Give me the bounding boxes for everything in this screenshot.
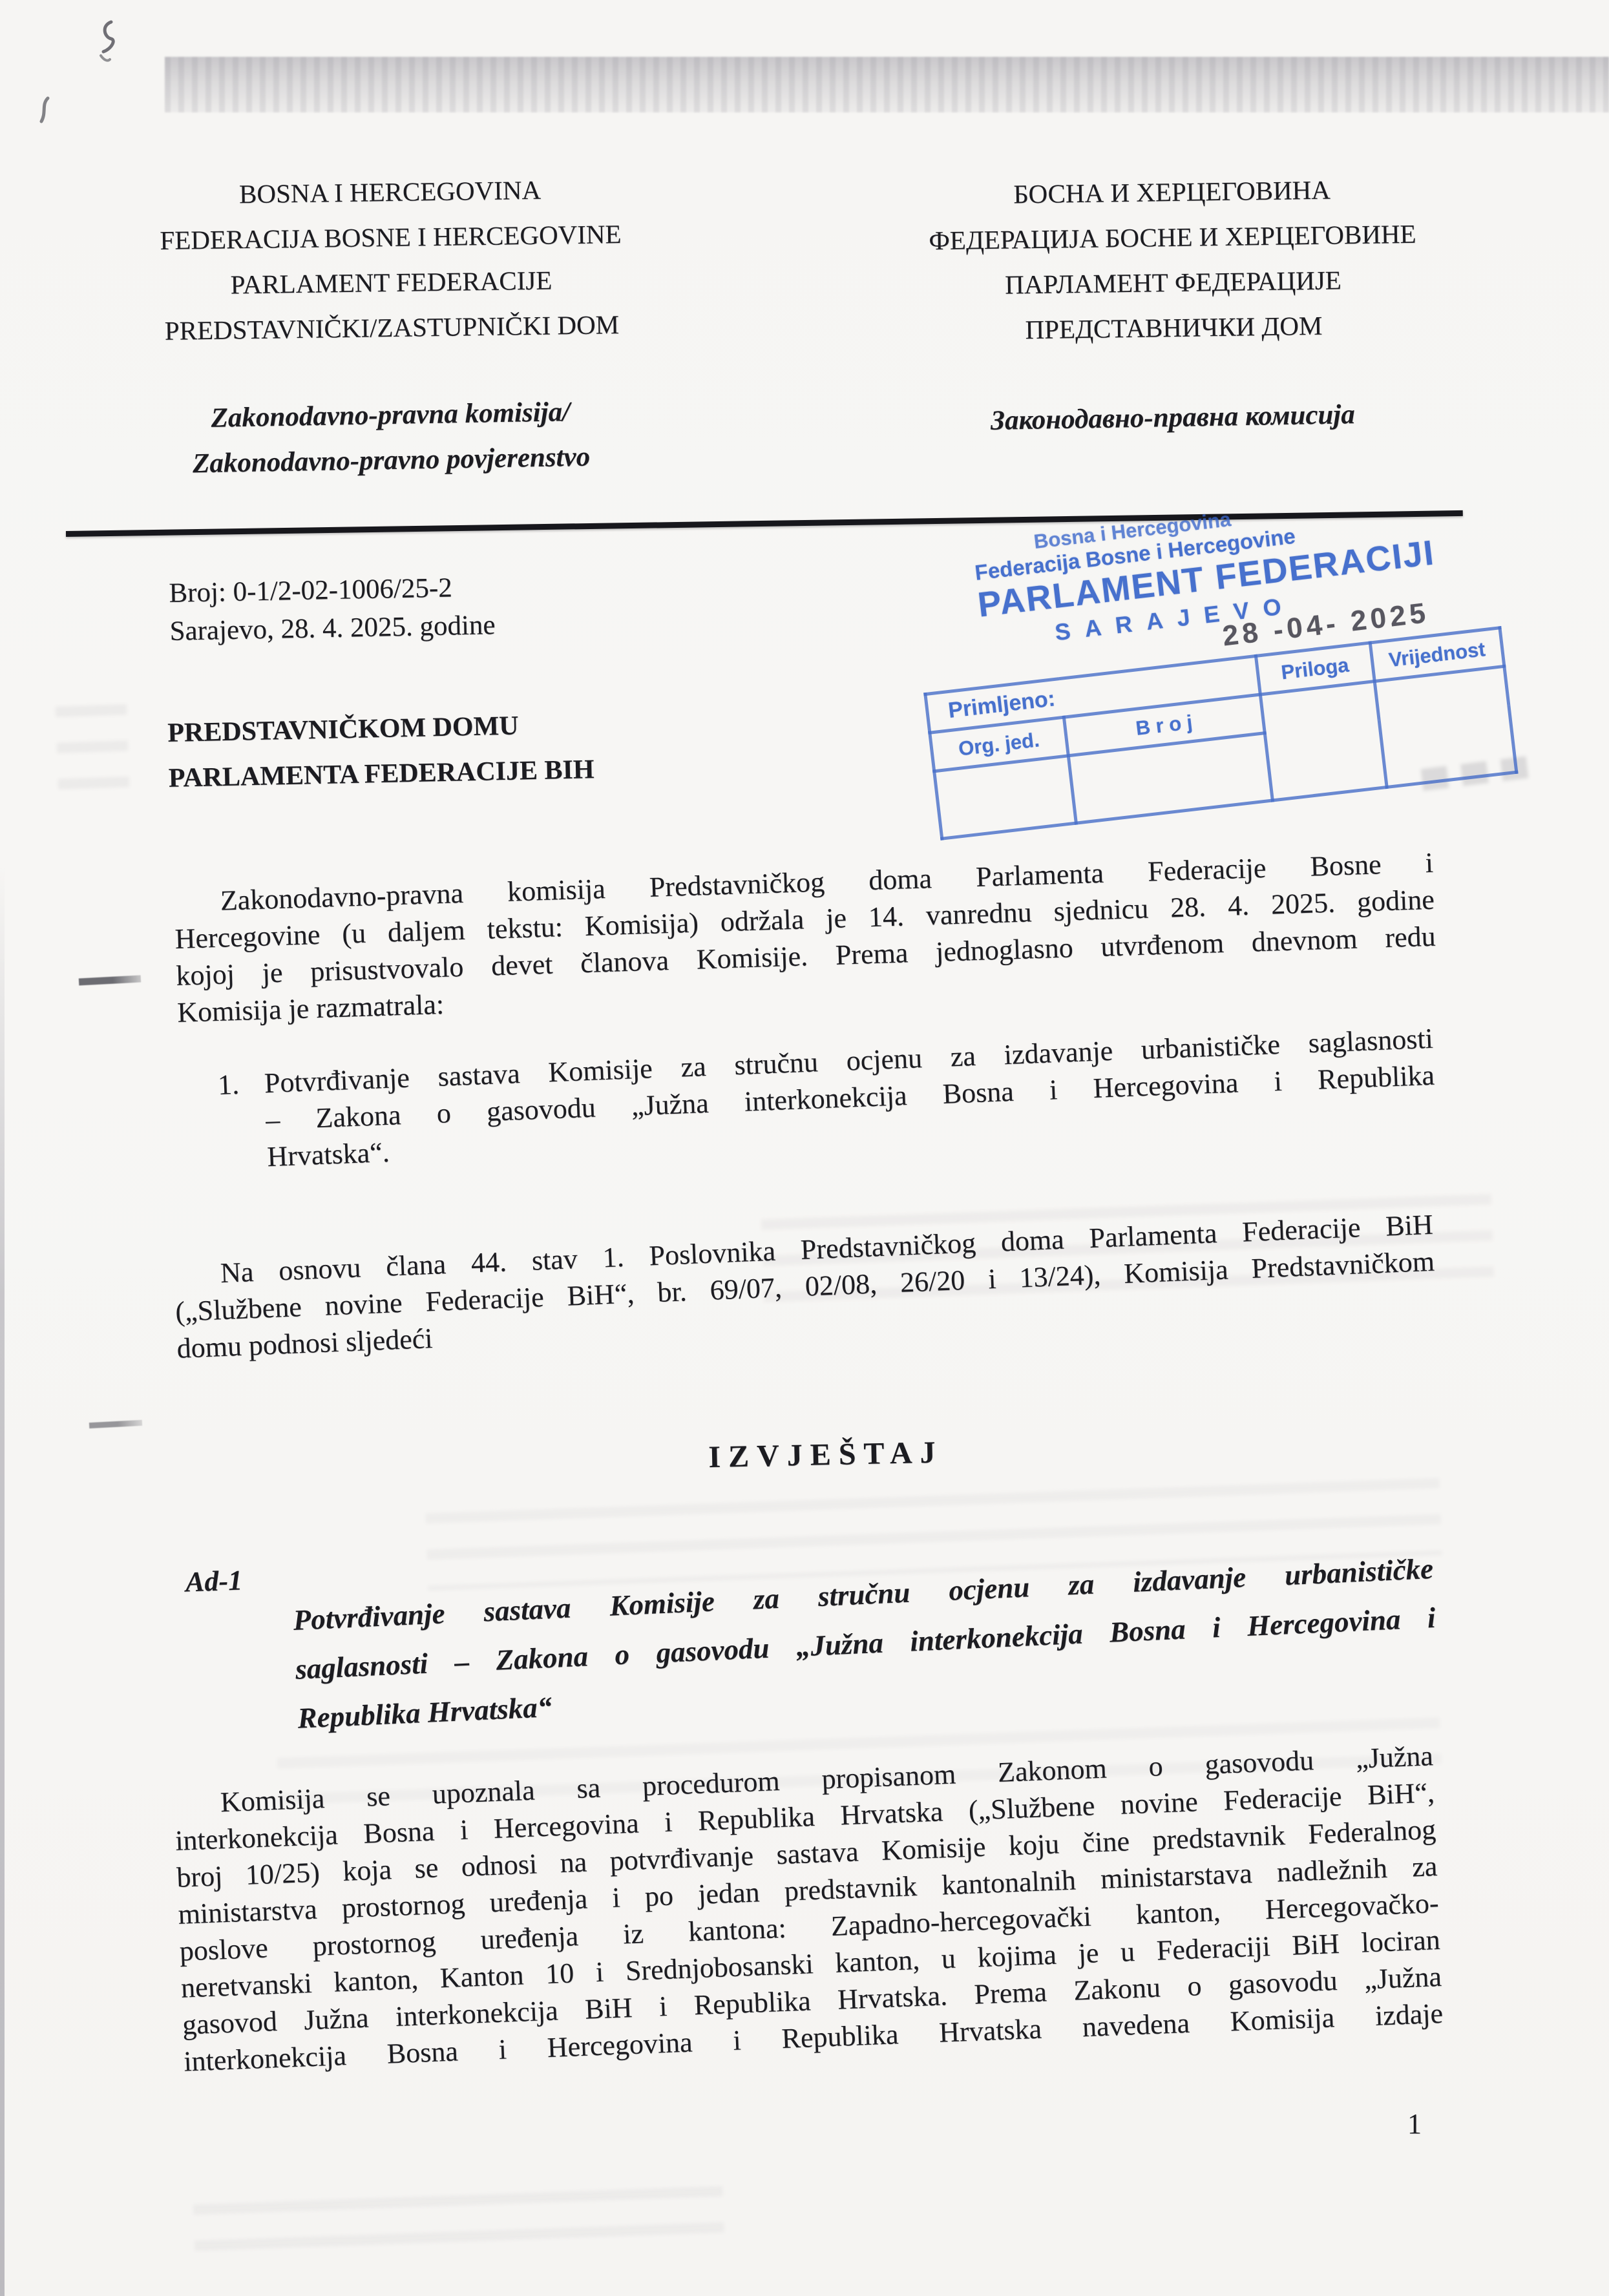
letterhead-left-line: FEDERACIJA BOSNE I HERCEGOVINE <box>83 210 698 264</box>
stamp-cell-org-value <box>934 756 1076 839</box>
addressee-line: PARLAMENTA FEDERACIJE BIH <box>168 747 594 801</box>
committee-line: Законодавно-правна комисија <box>839 390 1506 446</box>
reference-block: Broj: 0-1/2-02-1006/25-2 Sarajevo, 28. 4… <box>169 568 496 651</box>
pen-mark-icon <box>92 19 121 65</box>
stamp-cell-vrijednost-value <box>1374 666 1517 787</box>
letterhead-right-line: ПРЕДСТАВНИЧКИ ДОМ <box>841 300 1507 355</box>
margin-dash-mark <box>79 975 141 985</box>
letterhead-left: BOSNA I HERCEGOVINA FEDERACIJA BOSNE I H… <box>83 165 699 354</box>
scan-edge-strip <box>0 866 5 2296</box>
reference-number: Broj: 0-1/2-02-1006/25-2 <box>169 568 495 612</box>
report-title: IZVJEŠTAJ <box>173 1425 1434 1487</box>
agenda-item-number: 1. <box>217 1065 268 1177</box>
agenda-item-text: Potvrđivanje sastava Komisije za stručnu… <box>264 1020 1436 1175</box>
scan-noise-band <box>165 57 1609 112</box>
letterhead-right-line: ФЕДЕРАЦИЈА БОСНЕ И ХЕРЦЕГОВИНЕ <box>839 210 1506 264</box>
reference-place-date: Sarajevo, 28. 4. 2025. godine <box>169 606 496 651</box>
stamp-table: Primljeno: Priloga Vrijednost Org. jed. … <box>923 626 1518 840</box>
bleed-through-ghost <box>193 2186 724 2257</box>
letterhead-right-committee: Законодавно-правна комисија <box>839 390 1506 446</box>
margin-dash-mark <box>89 1420 142 1428</box>
stamp-cell-priloga-value <box>1260 682 1387 800</box>
letterhead-left-committee: Zakonodavno-pravna komisija/ Zakonodavno… <box>83 388 699 489</box>
agenda-item-1: 1. Potvrđivanje sastava Komisije za stru… <box>217 1020 1436 1177</box>
scanned-document-page: { "letterhead": { "left": { "line1": "BO… <box>0 0 1609 2296</box>
pen-tick-icon <box>36 96 56 124</box>
intro-paragraph: Zakonodavno-pravna komisija Predstavničk… <box>173 844 1437 1031</box>
page-number: 1 <box>1407 2107 1422 2140</box>
letterhead-left-line: BOSNA I HERCEGOVINA <box>83 165 697 218</box>
ad1-label: Ad-1 <box>185 1563 243 1598</box>
letterhead-right: БОСНА И ХЕРЦЕГОВИНА ФЕДЕРАЦИЈА БОСНЕ И Х… <box>839 165 1507 355</box>
bleed-through-ghost <box>56 704 129 791</box>
letterhead-left-line: PARLAMENT FEDERACIJE <box>84 255 699 309</box>
body-paragraph: Komisija se upoznala sa procedurom propi… <box>173 1737 1444 2080</box>
letterhead-left-line: PREDSTAVNIČKI/ZASTUPNIČKI DOM <box>85 300 699 354</box>
addressee-block: PREDSTAVNIČKOM DOMU PARLAMENTA FEDERACIJ… <box>167 702 595 801</box>
